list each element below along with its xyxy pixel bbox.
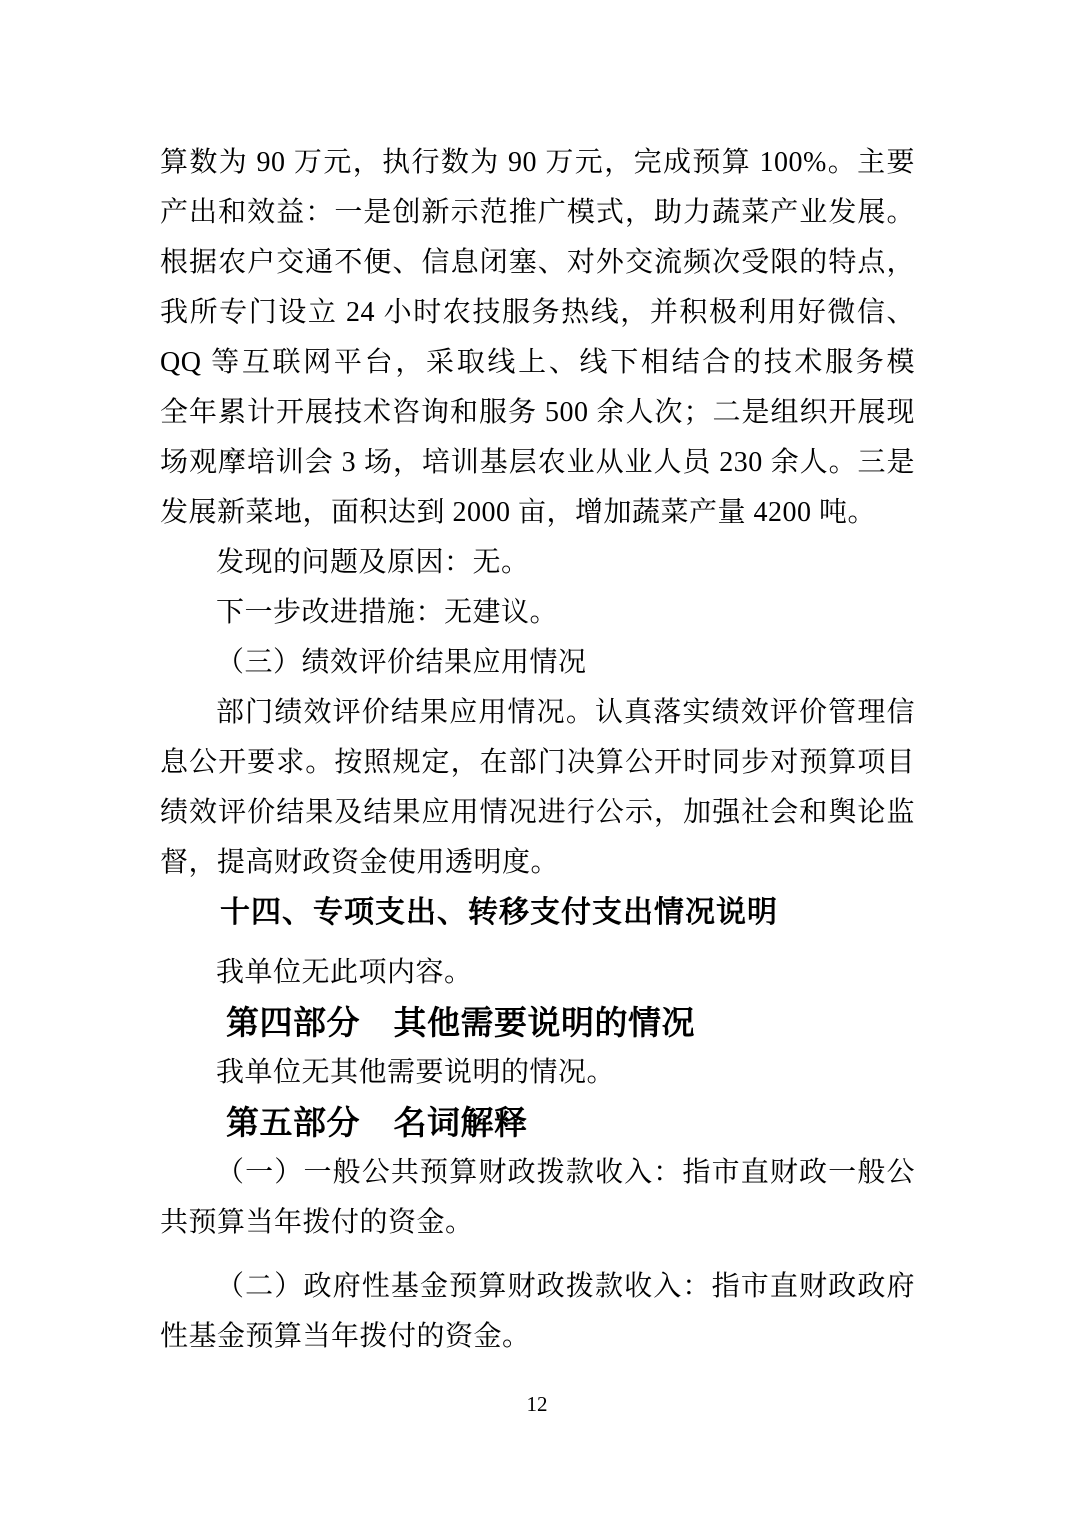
text-line: 部门绩效评价结果应用情况。认真落实绩效评价管理信 (160, 688, 915, 738)
text-line: 第五部分 名词解释 (160, 1098, 915, 1148)
text-line: QQ 等互联网平台，采取线上、线下相结合的技术服务模式。 (160, 338, 915, 388)
text-line: 共预算当年拨付的资金。 (160, 1198, 915, 1248)
text-line: 我单位无其他需要说明的情况。 (160, 1048, 915, 1098)
text-line: 十四、专项支出、转移支付支出情况说明 (160, 888, 915, 938)
text-line: 发现的问题及原因：无。 (160, 538, 915, 588)
text-line: 绩效评价结果及结果应用情况进行公示，加强社会和舆论监 (160, 788, 915, 838)
text-line: 第四部分 其他需要说明的情况 (160, 998, 915, 1048)
text-line: 我单位无此项内容。 (160, 948, 915, 998)
text-line: 息公开要求。按照规定，在部门决算公开时同步对预算项目 (160, 738, 915, 788)
text-line: 发展新菜地，面积达到 2000 亩，增加蔬菜产量 4200 吨。 (160, 488, 915, 538)
document-page: 算数为 90 万元，执行数为 90 万元，完成预算 100%。主要产出和效益：一… (0, 0, 1074, 1520)
text-line: 算数为 90 万元，执行数为 90 万元，完成预算 100%。主要 (160, 138, 915, 188)
text-line: 产出和效益：一是创新示范推广模式，助力蔬菜产业发展。 (160, 188, 915, 238)
text-line: 根据农户交通不便、信息闭塞、对外交流频次受限的特点， (160, 238, 915, 288)
text-line: 督，提高财政资金使用透明度。 (160, 838, 915, 888)
text-line: 性基金预算当年拨付的资金。 (160, 1312, 915, 1362)
text-line: 下一步改进措施：无建议。 (160, 588, 915, 638)
page-content: 算数为 90 万元，执行数为 90 万元，完成预算 100%。主要产出和效益：一… (160, 138, 915, 1362)
text-line: （一）一般公共预算财政拨款收入：指市直财政一般公 (160, 1148, 915, 1198)
text-line: （二）政府性基金预算财政拨款收入：指市直财政政府 (160, 1262, 915, 1312)
text-line: 全年累计开展技术咨询和服务 500 余人次；二是组织开展现 (160, 388, 915, 438)
text-line: （三）绩效评价结果应用情况 (160, 638, 915, 688)
text-line: 场观摩培训会 3 场，培训基层农业从业人员 230 余人。三是 (160, 438, 915, 488)
text-line: 我所专门设立 24 小时农技服务热线，并积极利用好微信、 (160, 288, 915, 338)
page-footer: 12 (0, 1392, 1074, 1417)
page-number: 12 (527, 1392, 548, 1416)
